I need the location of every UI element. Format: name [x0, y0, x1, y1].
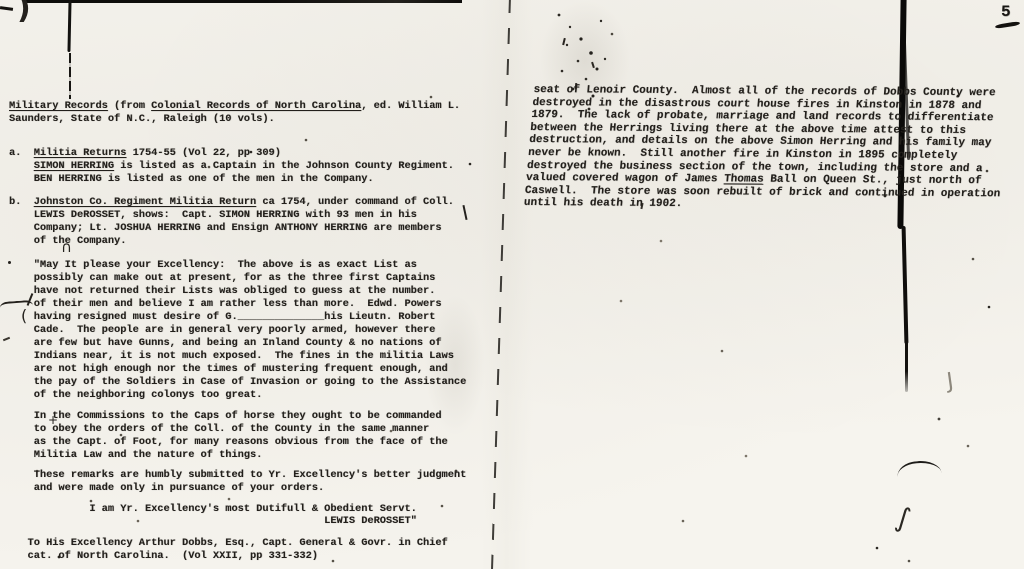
scan-noise-specks — [0, 0, 2, 2]
left-edge-ink-dash — [0, 6, 13, 11]
vertical-ink-streak-right — [905, 340, 908, 392]
page-number: 5 — [1001, 3, 1011, 21]
signature-block: I am Yr. Excellency's most Dutifull & Ob… — [9, 504, 417, 527]
commissions-paragraph: In the Commissions to the Caps of horse … — [9, 410, 448, 462]
vertical-ink-streak-left — [69, 53, 71, 99]
ink-tick-mark — [462, 205, 467, 220]
page-fold-crease — [491, 0, 511, 569]
vertical-ink-streak-right — [902, 226, 909, 344]
page-number-underline — [995, 21, 1020, 28]
pencil-arc-mark — [896, 459, 941, 478]
lenoir-county-paragraph: seat of Lenoir County. Almost all of the… — [523, 84, 1009, 213]
vertical-ink-streak-left — [67, 0, 71, 52]
handwritten-paren-mark: ) — [17, 0, 31, 26]
remarks-paragraph: These remarks are humbly submitted to Yr… — [9, 469, 466, 495]
scanned-document-page: ) ∩ ( + ∫ J 5 Military Records (from Col… — [0, 0, 1024, 569]
excellency-quote-paragraph: "May It please your Excellency: The abov… — [9, 259, 466, 402]
military-records-heading: Military Records (from Colonial Records … — [9, 100, 460, 126]
handwritten-squiggle-mark: ∫ — [892, 502, 913, 535]
addressee-block: To His Excellency Arthur Dobbs, Esq., Ca… — [9, 537, 448, 563]
johnston-regiment-item: b. Johnston Co. Regiment Militia Return … — [9, 196, 454, 248]
faint-pencil-j-mark: J — [945, 369, 955, 395]
militia-returns-item: a. Militia Returns 1754-55 (Vol 22, pp 3… — [9, 147, 454, 186]
top-edge-ink-line — [26, 0, 462, 3]
